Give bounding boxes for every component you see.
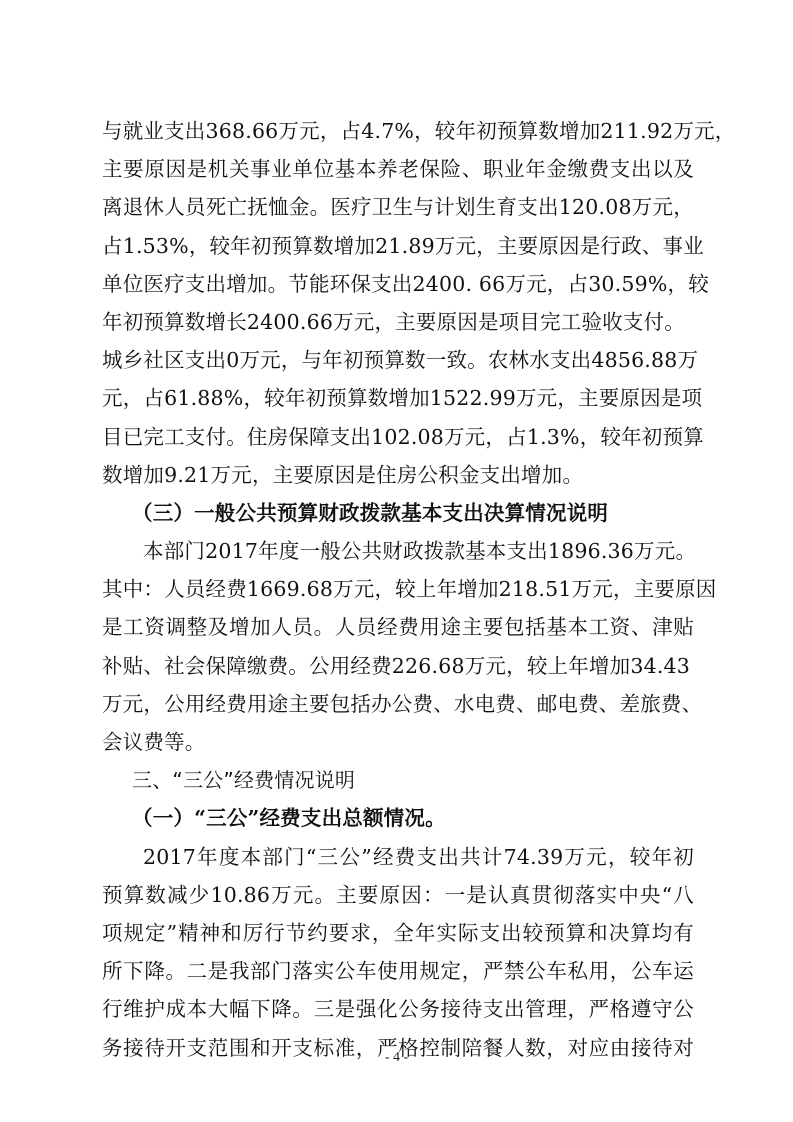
chapter-heading-three-public-expenses: 三、“三公”经费情况说明 bbox=[102, 761, 694, 799]
paragraph-line: 项规定”精神和厉行节约要求，全年实际支出较预算和决算均有 bbox=[102, 914, 694, 952]
paragraph-line: 行维护成本大幅下降。三是强化公务接待支出管理，严格遵守公 bbox=[102, 990, 694, 1028]
paragraph-line: 会议费等。 bbox=[102, 723, 694, 761]
paragraph-line: 万元，公用经费用途主要包括办公费、水电费、邮电费、差旅费、 bbox=[102, 685, 694, 723]
paragraph-line: 与就业支出368.66万元，占4.7%，较年初预算数增加211.92万元， bbox=[102, 112, 694, 150]
paragraph-line: 其中：人员经费1669.68万元，较上年增加218.51万元，主要原因 bbox=[102, 570, 694, 608]
paragraph-line: 数增加9.21万元，主要原因是住房公积金支出增加。 bbox=[102, 456, 694, 494]
paragraph-line: 单位医疗支出增加。节能环保支出2400. 66万元，占30.59%，较 bbox=[102, 265, 694, 303]
paragraph-line: 2017年度本部门“三公”经费支出共计74.39万元，较年初 bbox=[102, 838, 694, 876]
paragraph-line: 离退休人员死亡抚恤金。医疗卫生与计划生育支出120.08万元， bbox=[102, 188, 694, 226]
paragraph-line: 本部门2017年度一般公共财政拨款基本支出1896.36万元。 bbox=[102, 532, 694, 570]
page-number: - 4 - bbox=[0, 1050, 793, 1066]
section-heading-basic-expenditure: （三）一般公共预算财政拨款基本支出决算情况说明 bbox=[102, 494, 694, 532]
paragraph-line: 是工资调整及增加人员。人员经费用途主要包括基本工资、津贴 bbox=[102, 608, 694, 646]
paragraph-line: 补贴、社会保障缴费。公用经费226.68万元，较上年增加34.43 bbox=[102, 647, 694, 685]
paragraph-line: 占1.53%，较年初预算数增加21.89万元，主要原因是行政、事业 bbox=[102, 227, 694, 265]
document-body: 与就业支出368.66万元，占4.7%，较年初预算数增加211.92万元， 主要… bbox=[102, 112, 694, 1067]
document-page: 与就业支出368.66万元，占4.7%，较年初预算数增加211.92万元， 主要… bbox=[0, 0, 793, 1122]
paragraph-line: 年初预算数增长2400.66万元，主要原因是项目完工验收支付。 bbox=[102, 303, 694, 341]
paragraph-line: 城乡社区支出0万元，与年初预算数一致。农林水支出4856.88万 bbox=[102, 341, 694, 379]
paragraph-line: 目已完工支付。住房保障支出102.08万元，占1.3%，较年初预算 bbox=[102, 418, 694, 456]
paragraph-line: 所下降。二是我部门落实公车使用规定，严禁公车私用，公车运 bbox=[102, 952, 694, 990]
paragraph-line: 主要原因是机关事业单位基本养老保险、职业年金缴费支出以及 bbox=[102, 150, 694, 188]
subsection-heading-total-expenses: （一）“三公”经费支出总额情况。 bbox=[102, 799, 694, 837]
paragraph-line: 预算数减少10.86万元。主要原因：一是认真贯彻落实中央“八 bbox=[102, 876, 694, 914]
paragraph-line: 元，占61.88%，较年初预算数增加1522.99万元，主要原因是项 bbox=[102, 379, 694, 417]
